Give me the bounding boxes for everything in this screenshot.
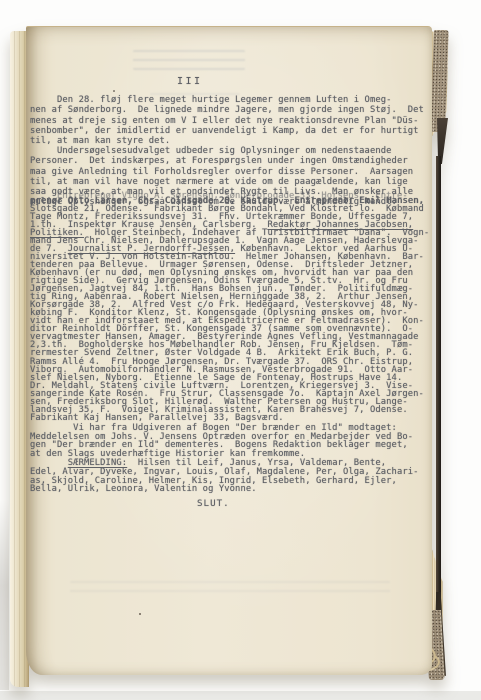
closing-word: SLUT.	[197, 498, 230, 509]
paragraph-saermelding: SÆRMELDING: Hilsen til Leif, Janus, Yrsa…	[30, 459, 419, 494]
text-line: Fabrikant Kaj Hansen, Parallelvej 33, Ba…	[30, 414, 429, 422]
paragraph-sighting-report: Den 28. fløj flere meget hurtige Legemer…	[30, 96, 424, 147]
typewritten-text: III Den 28. fløj flere meget hurtige Leg…	[0, 0, 481, 700]
text-line-echo: Entreprenør Viggo A. Sørensen, Sønderbro…	[30, 192, 429, 197]
paragraph-person-list: Entreprenør Viggo A. Sørensen, Sønderbro…	[30, 192, 429, 422]
book-photo: III Den 28. fløj flere meget hurtige Leg…	[0, 0, 481, 700]
text-line: Bella, Ulrik, Leonora, Valentin og Yvonn…	[30, 485, 419, 494]
page-number: III	[177, 76, 203, 87]
paragraph-publisher-note: Vi har fra Udgiveren af Bogen "Der brænd…	[30, 424, 413, 459]
